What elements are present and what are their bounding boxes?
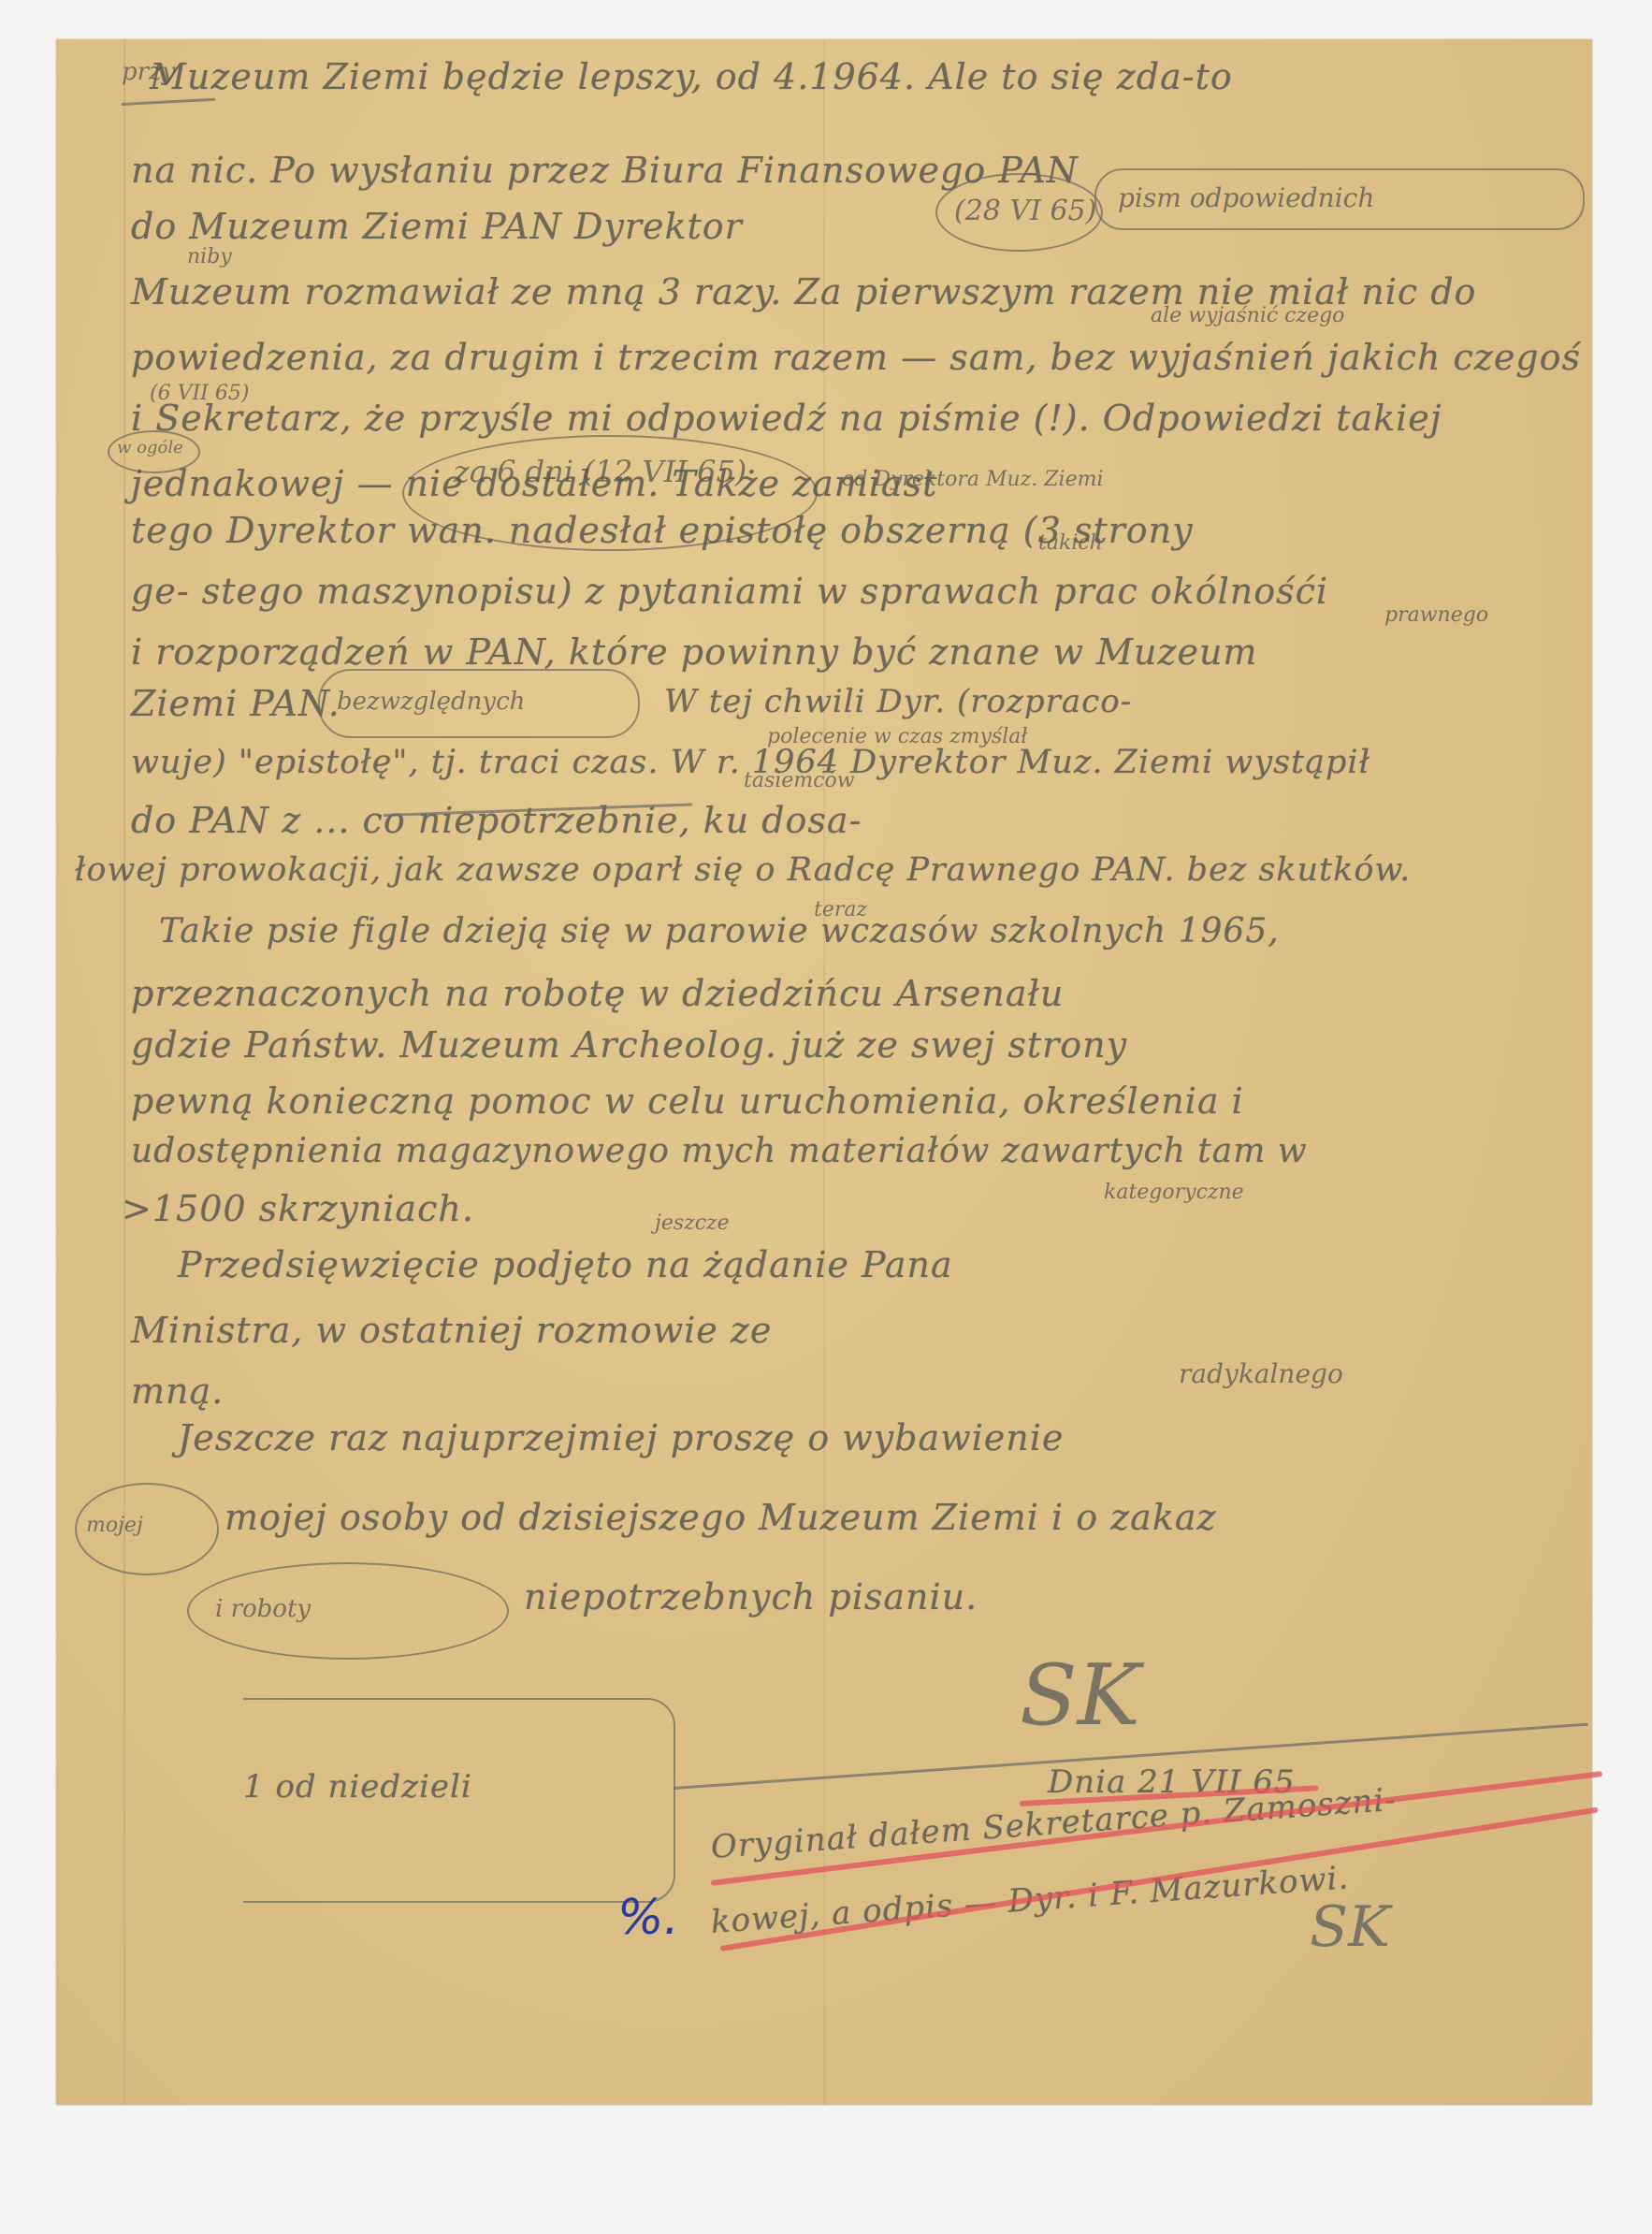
text-line-25: mojej osoby od dzisiejszego Muzeum Ziemi…	[225, 1497, 1217, 1538]
text-line-8: tego Dyrektor wan. nadesłał epistołę obs…	[131, 510, 1194, 551]
text-line-18: pewną konieczną pomoc w celu uruchomieni…	[131, 1081, 1244, 1122]
text-line-21: Przedsięwzięcie podjęto na żądanie Pana	[178, 1244, 953, 1285]
text-line-5: powiedzenia, za drugim i trzecim razem —…	[131, 337, 1581, 378]
blue-mark: %.	[617, 1890, 679, 1946]
insert-line-23: radykalnego	[1179, 1358, 1343, 1389]
text-line-7: jednakowej — nie dostałem. Także zamiast	[131, 463, 937, 504]
text-line-11b: W tej chwili Dyr. (rozpraco-	[664, 683, 1132, 720]
text-line-19: udostępnienia magazynowego mych materiał…	[131, 1132, 1308, 1170]
insert-line-13: tasiemców	[744, 769, 855, 792]
text-line-24: Jeszcze raz najuprzejmiej proszę o wybaw…	[178, 1417, 1064, 1458]
text-line-14: łowej prowokacji, jak zawsze oparł się o…	[75, 851, 1411, 889]
note-line-20: kategoryczne	[1104, 1181, 1244, 1204]
text-line-26: niepotrzebnych pisaniu.	[524, 1576, 978, 1617]
text-line-23: mną.	[131, 1371, 224, 1412]
insert-line-9: takich	[1038, 531, 1103, 555]
text-line-11: Ziemi PAN.	[131, 683, 341, 724]
text-line-16: przeznaczonych na robotę w dziedzińcu Ar…	[131, 973, 1064, 1014]
bubble-text-line-25: mojej	[86, 1514, 143, 1537]
insert-line-5: ale wyjaśnić czego	[1151, 304, 1344, 327]
text-line-9: ge- stego maszynopisu) z pytaniami w spr…	[131, 571, 1328, 612]
text-line-1: Muzeum Ziemi będzie lepszy, od 4.1964. A…	[150, 56, 1233, 97]
signature-initials-2: SK	[1310, 1894, 1390, 1960]
text-line-6: i Sekretarz, że przyśle mi odpowiedź na …	[131, 398, 1442, 439]
text-line-17: gdzie Państw. Muzeum Archeolog. już ze s…	[131, 1024, 1127, 1066]
date-bubble-text: (28 VI 65)	[954, 195, 1096, 227]
text-line-2: na nic. Po wysłaniu przez Biura Finansow…	[131, 150, 1079, 191]
text-line-15: Takie psie figle dzieją się w parowie wc…	[159, 912, 1280, 950]
text-bubble-text: pism odpowiednich	[1118, 182, 1374, 213]
text-line-22: Ministra, w ostatniej rozmowie ze	[131, 1310, 772, 1351]
paper-edge-fold	[123, 39, 125, 2105]
bubble-text-line-26: i roboty	[215, 1595, 311, 1623]
note-line-7: w ogóle	[117, 438, 183, 457]
text-line-13: do PAN z ... co niepotrzebnie, ku dosa-	[131, 800, 862, 841]
insert-line-8: od Dyrektora Muz. Ziemi	[842, 468, 1103, 491]
signature-initials: SK	[1020, 1646, 1140, 1745]
side-note: 1 od niedzieli	[243, 1768, 472, 1806]
text-line-10: i rozporządzeń w PAN, które powinny być …	[131, 631, 1257, 673]
bubble-text-line-11: bezwzględnych	[337, 688, 525, 716]
insert-line-4: niby	[187, 245, 232, 268]
insert-line-10: prawnego	[1384, 603, 1488, 627]
text-line-20: >1500 skrzyniach.	[122, 1188, 474, 1229]
text-line-3: do Muzeum Ziemi PAN Dyrektor	[131, 206, 743, 247]
insert-line-21: jeszcze	[655, 1211, 730, 1235]
